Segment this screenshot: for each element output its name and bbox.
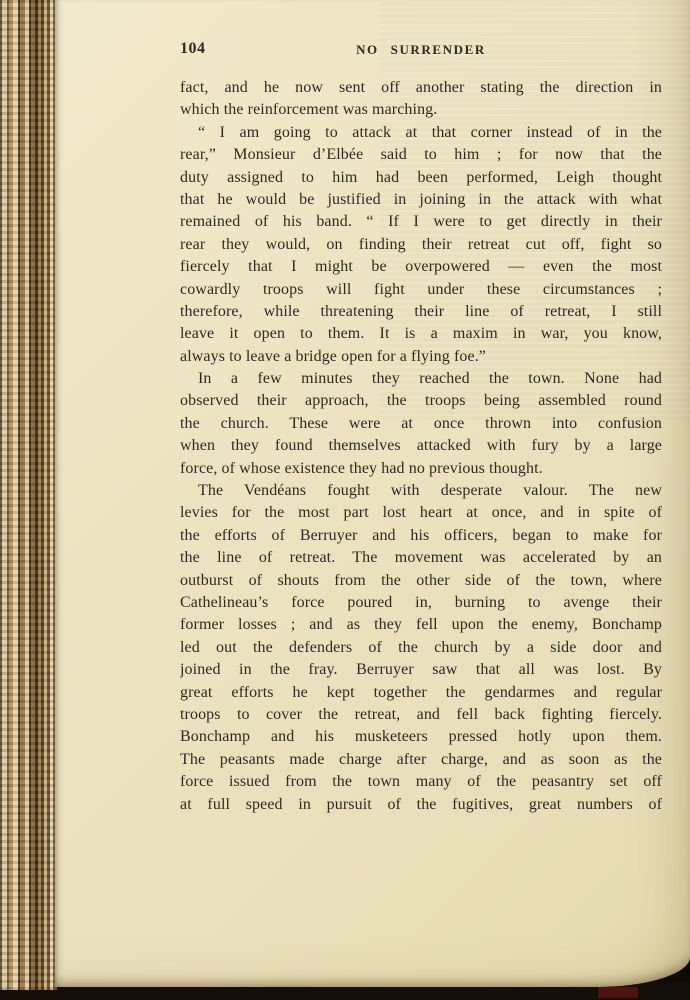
text-line: led out the defenders of the church by a…: [180, 637, 662, 659]
text-line: at full speed in pursuit of the fugitive…: [180, 794, 662, 816]
text-line: The Vendéans fought with desperate valou…: [180, 480, 662, 502]
text-line: troops to cover the retreat, and fell ba…: [180, 704, 662, 726]
body-text: fact, and he now sent off another statin…: [180, 77, 662, 816]
text-line: joined in the fray. Berruyer saw that al…: [180, 659, 662, 681]
text-line: “ I am going to attack at that corner in…: [180, 122, 662, 144]
text-line: force, of whose existence they had no pr…: [180, 458, 662, 480]
text-line: which the reinforcement was marching.: [180, 99, 662, 121]
text-line: duty assigned to him had been performed,…: [180, 167, 662, 189]
text-line: when they found themselves attacked with…: [180, 435, 662, 457]
book-page: 104 NO SURRENDER fact, and he now sent o…: [55, 0, 690, 987]
text-line: great efforts he kept together the genda…: [180, 682, 662, 704]
text-line: that he would be justified in joining in…: [180, 189, 662, 211]
text-line: always to leave a bridge open for a flyi…: [180, 346, 662, 368]
stacked-page-edges: [0, 0, 57, 990]
text-line: cowardly troops will fight under these c…: [180, 279, 662, 301]
text-line: leave it open to them. It is a maxim in …: [180, 323, 662, 345]
text-line: the line of retreat. The movement was ac…: [180, 547, 662, 569]
text-line: the church. These were at once thrown in…: [180, 413, 662, 435]
text-line: In a few minutes they reached the town. …: [180, 368, 662, 390]
text-line: levies for the most part lost heart at o…: [180, 502, 662, 524]
text-line: the efforts of Berruyer and his officers…: [180, 525, 662, 547]
text-line: observed their approach, the troops bein…: [180, 390, 662, 412]
page-content: 104 NO SURRENDER fact, and he now sent o…: [180, 0, 662, 816]
book-scan: 104 NO SURRENDER fact, and he now sent o…: [0, 0, 690, 1000]
text-line: former losses ; and as they fell upon th…: [180, 614, 662, 636]
text-line: fact, and he now sent off another statin…: [180, 77, 662, 99]
text-line: force issued from the town many of the p…: [180, 771, 662, 793]
text-line: rear they would, on finding their retrea…: [180, 234, 662, 256]
running-header: NO SURRENDER: [180, 42, 662, 58]
text-line: The peasants made charge after charge, a…: [180, 749, 662, 771]
cover-red-patch: [598, 987, 638, 998]
text-line: therefore, while threatening their line …: [180, 301, 662, 323]
text-line: rear,” Monsieur d’Elbée said to him ; fo…: [180, 144, 662, 166]
text-line: Cathelineau’s force poured in, burning t…: [180, 592, 662, 614]
page-header: 104 NO SURRENDER: [180, 40, 662, 60]
text-line: remained of his band. “ If I were to get…: [180, 211, 662, 233]
text-line: Bonchamp and his musketeers pressed hotl…: [180, 726, 662, 748]
text-line: outburst of shouts from the other side o…: [180, 570, 662, 592]
text-line: fiercely that I might be overpowered — e…: [180, 256, 662, 278]
